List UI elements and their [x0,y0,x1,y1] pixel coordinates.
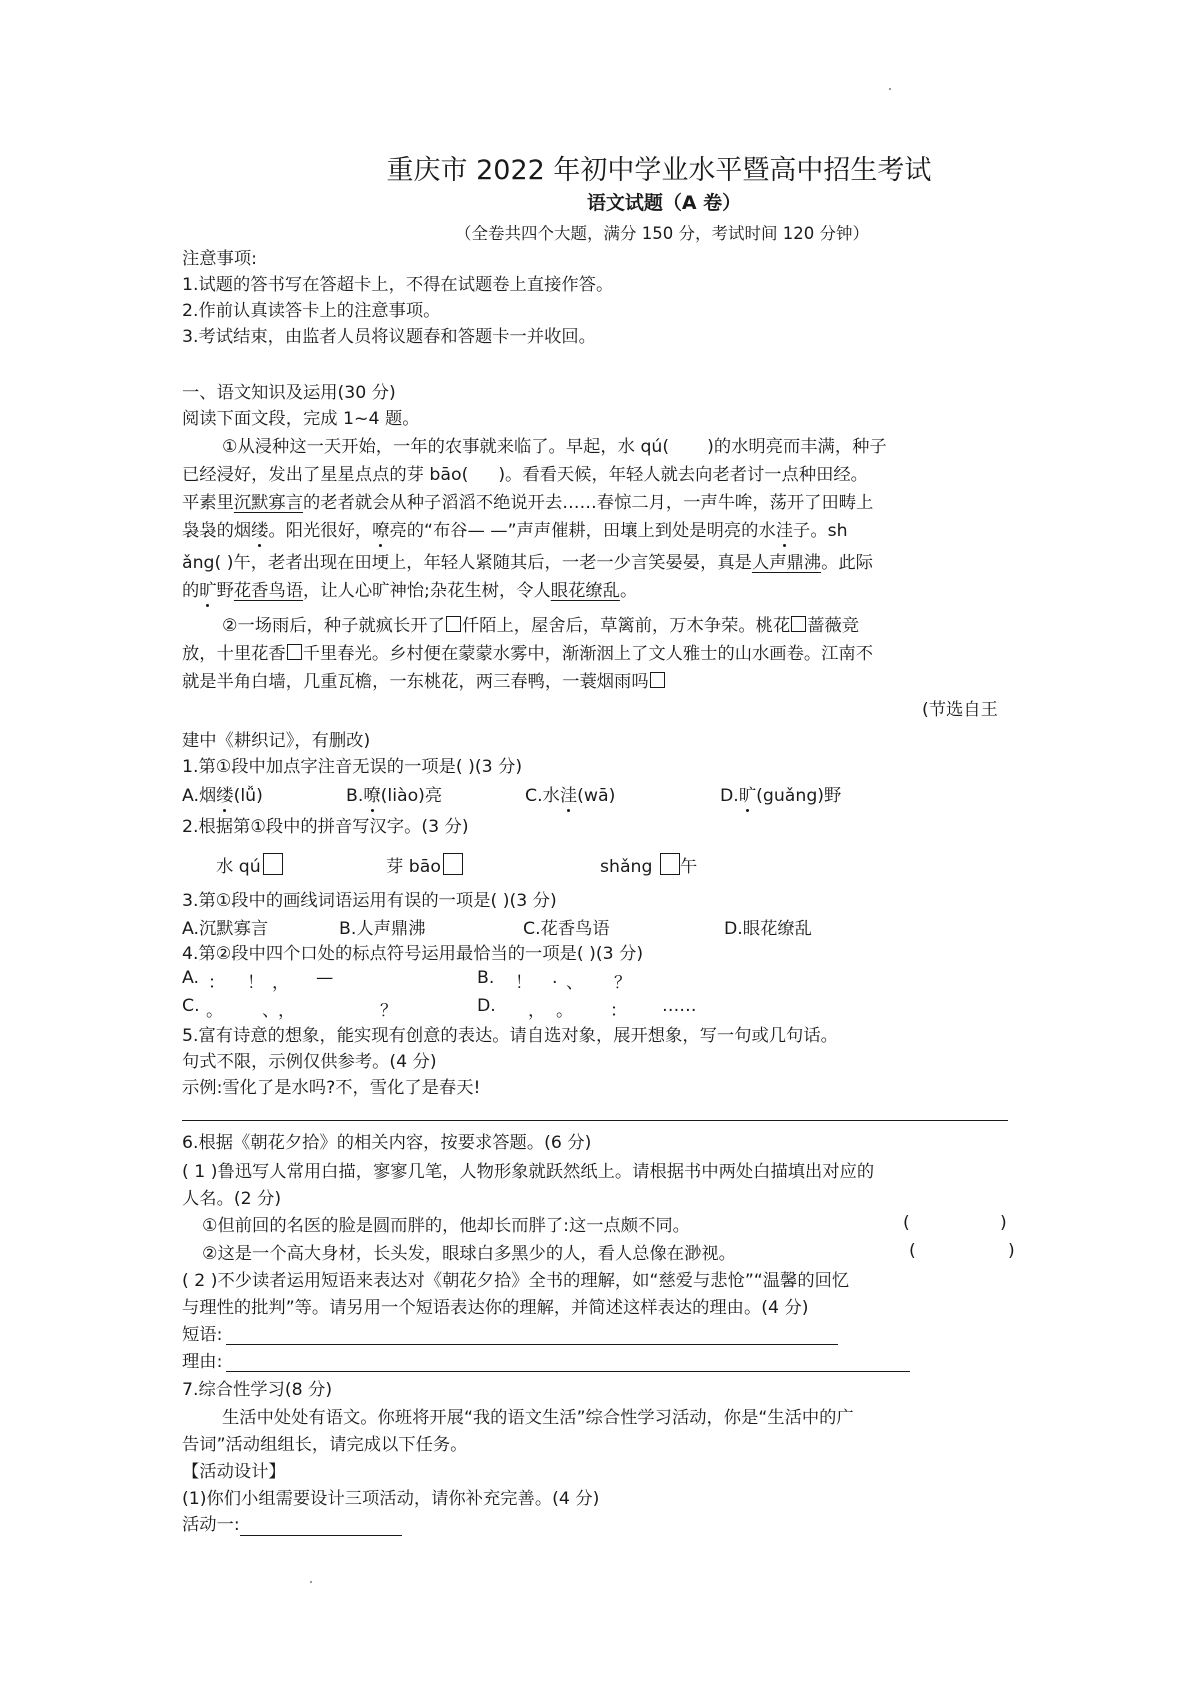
passage-line: ①从浸种这一天开始，一年的农事就来临了。早起，水 qú()的水明亮而丰满，种子 [182,434,887,460]
option-b-label: B. [477,968,494,988]
passage-line: ②一场雨后，种子就疯长开了仟陌上，屋舍后，草篱前，万木争荣。桃花蔷薇竞 [182,613,859,639]
text: 的 [182,581,199,601]
answer-paren[interactable]: ) [1008,1241,1015,1261]
sub-question: (1)你们小组需要设计三项活动，请你补充完善。(4 分) [182,1486,599,1512]
answer-line[interactable] [182,1120,1008,1121]
text: ②一场雨后，种子就疯长开了 [222,616,445,636]
answer-paren[interactable]: ( [909,1241,916,1261]
activity-label: 活动一: [182,1512,240,1538]
answer-box[interactable] [443,853,463,875]
option-d-label: D. [477,996,496,1016]
text: 野 [217,581,234,601]
question-stem: 4.第②段中四个口处的标点符号运用最恰当的一项是( )(3 分) [182,941,643,967]
question-stem: 3.第①段中的画线词语运用有误的一项是( )(3 分) [182,888,557,914]
option-d: D.眼花缭乱 [724,914,812,939]
exam-page: 重庆市 2022 年初中学业水平暨高中招生考试 语文试题（A 卷） （全卷共四个… [0,0,1200,1698]
passage-line: 的旷野花香鸟语，让人心旷神怡;杂花生树，令人眼花缭乱。 [182,578,637,604]
option-c: C.水洼(wā) [525,781,615,806]
option-b: B.人声鼎沸 [339,914,425,939]
source-citation: 建中《耕织记》，有删改) [182,728,370,754]
mark: ！ [247,968,264,993]
mark: . [552,968,558,988]
passage-line: 袅袅的烟缕。阳光很好，嘹亮的“布谷— —”声声催耕，田壤上到处是明亮的水洼子。s… [182,518,848,544]
scan-speck [889,88,891,90]
text: 就是半角白墙，几重瓦檐，一东桃花，两三春鸭，一蓑烟雨吗 [182,672,649,692]
exam-subtitle: 语文试题（A 卷） [0,188,1200,215]
text: 已经浸好，发出了星星点点的芽 bāo( [182,465,468,485]
option-c: C.花香鸟语 [523,914,610,939]
text: )的水明亮而丰满，种子 [707,437,887,457]
passage-line: 已经浸好，发出了星星点点的芽 bāo()。看看天候，年轻人就去向老者讨一点种田经… [182,462,868,488]
underlined-word: 沉默寡言 [234,493,303,513]
passage-line: 就是半角白墙，几重瓦檐，一东桃花，两三春鸭，一蓑烟雨吗 [182,669,666,695]
answer-paren[interactable]: ) [1000,1213,1007,1233]
question-stem: 2.根据第①段中的拼音写汉字。(3 分) [182,814,469,840]
phrase-answer-line[interactable] [226,1344,838,1345]
answer-box[interactable] [263,853,283,875]
underlined-word: 人声鼎沸 [752,553,821,573]
phrase-label: 短语: [182,1322,222,1348]
pinyin-item: shǎng 午 [600,852,697,877]
question-stem: 6.根据《朝花夕拾》的相关内容，按要求答题。(6 分) [182,1130,591,1156]
text: 。 [620,581,637,601]
mark: 。 [206,996,223,1021]
blank-box [650,672,665,688]
example-text: 示例:雪化了是水吗?不，雪化了是春天! [182,1075,480,1101]
passage-line: 放，十里花香千里春光。乡村便在蒙蒙水雾中，渐渐洇上了文人雅士的山水画卷。江南不 [182,641,873,667]
option-a: A.烟缕(lǚ) [182,781,263,806]
question-stem: 1.第①段中加点字注音无误的一项是( )(3 分) [182,754,522,780]
quote-item: ②这是一个高大身材，长头发，眼球白多黑少的人，看人总像在渺视。 [202,1241,736,1267]
text: 亮的“布谷— —”声声催耕，田壤上到处是明亮的水 [389,521,775,541]
option-d: D.旷(guǎng)野 [720,781,841,806]
text: )。看看天候，年轻人就去向老者讨一点种田经。 [498,465,868,485]
sub-question: ( 1 )鲁迅写人常用白描，寥寥几笔，人物形象就跃然纸上。请根据书中两处白描填出… [182,1159,874,1185]
text: ǎng( )午，老者出现在田埂上，年轻人紧随其后，一老一少言笑晏晏，真是 [182,553,752,573]
design-heading: 【活动设计】 [182,1459,286,1485]
mark: 。 [556,996,573,1021]
question-stem: 句式不限，示例仅供参考。(4 分) [182,1049,437,1075]
text: ，让人心旷神怡;杂花生树，令人 [303,581,551,601]
dotted-char: 嘹 [372,521,389,541]
mark: ： [208,968,225,993]
text: 平素里 [182,493,234,513]
text: ①从浸种这一天开始，一年的农事就来临了。早起，水 qú( [222,437,669,457]
text: 仟陌上，屋舍后，草篱前，万木争荣。桃花 [462,616,790,636]
text: 蔷薇竞 [807,616,859,636]
dotted-char: 洼 [776,521,793,541]
option-c-label: C. [182,996,200,1016]
text: 的老者就会从种子滔滔不绝说开去……春惊二月，一声牛哞，荡开了田畴上 [303,493,873,513]
mark: — [316,968,333,988]
sub-question: 与理性的批判”等。请另用一个短语表达你的理解，并简述这样表达的理由。(4 分) [182,1295,809,1321]
mark: ？ [614,968,631,993]
source-citation: (节选自王 [922,697,998,723]
mark: ！ [515,968,532,993]
text: 千里春光。乡村便在蒙蒙水雾中，渐渐洇上了文人雅士的山水画卷。江南不 [303,644,873,664]
quote-item: ①但前回的名医的脸是圆而胖的，他却长而胖了:这一点颇不同。 [202,1213,690,1239]
pinyin-item: 芽 bāo [386,852,463,877]
note-item: 3.考试结束，由监者人员将议题春和答题卡一并收回。 [182,324,596,350]
mark: ， [278,996,295,1021]
sub-question: ( 2 )不少读者运用短语来表达对《朝花夕拾》全书的理解，如“慈爱与悲怆”“温馨… [182,1268,849,1294]
intro-text: 告词”活动组组长，请完成以下任务。 [182,1432,467,1458]
mark: ？ [380,996,397,1021]
text: 。阳光很好， [268,521,372,541]
passage-line: ǎng( )午，老者出现在田埂上，年轻人紧随其后，一老一少言笑晏晏，真是人声鼎沸… [182,550,873,576]
blank-box [446,616,461,632]
reason-answer-line[interactable] [226,1371,910,1372]
question-stem: 7.综合性学习(8 分) [182,1377,332,1403]
option-a: A.沉默寡言 [182,914,268,939]
scan-speck [310,1581,312,1583]
note-item: 1.试题的答书写在答超卡上，不得在试题卷上直接作答。 [182,272,613,298]
sub-question: 人名。(2 分) [182,1186,281,1212]
exam-title: 重庆市 2022 年初中学业水平暨高中招生考试 [0,148,1200,187]
dotted-char: 旷 [199,581,216,601]
blank-box [791,616,806,632]
dotted-char: 缕 [251,521,268,541]
section-heading: 一、语文知识及运用(30 分) [182,380,396,406]
underlined-word: 花香鸟语 [234,581,303,601]
mark: ， [528,996,545,1021]
answer-box[interactable] [660,853,680,875]
option-b: B.嘹(liào)亮 [346,781,442,806]
mark: …… [662,996,697,1016]
passage-line: 平素里沉默寡言的老者就会从种子滔滔不绝说开去……春惊二月，一声牛哞，荡开了田畴上 [182,490,873,516]
mark: ： [610,996,627,1021]
option-a-label: A. [182,968,199,988]
mark: ， [272,968,289,993]
blank-box [287,644,302,660]
reason-label: 理由: [182,1349,222,1375]
notes-heading: 注意事项: [182,246,257,272]
answer-paren[interactable]: ( [903,1213,910,1233]
intro-text: 生活中处处有语文。你班将开展“我的语文生活”综合性学习活动，你是“生活中的广 [222,1405,854,1431]
pinyin-item: 水 qú [216,852,283,877]
note-item: 2.作前认真读答卡上的注意事项。 [182,298,440,324]
question-stem: 5.富有诗意的想象，能实现有创意的表达。请自选对象，展开想象，写一句或几句话。 [182,1023,838,1049]
text: 。此际 [821,553,873,573]
mark: 、 [262,996,279,1021]
text: 放，十里花香 [182,644,286,664]
underlined-word: 眼花缭乱 [551,581,620,601]
text: 袅袅的烟 [182,521,251,541]
section-instruction: 阅读下面文段，完成 1~4 题。 [182,406,420,432]
exam-info: （全卷共四个大题，满分 150 分，考试时间 120 分钟） [0,220,1200,244]
activity-answer-line[interactable] [240,1535,402,1536]
text: 子。sh [793,521,848,541]
mark: 、 [566,968,583,993]
